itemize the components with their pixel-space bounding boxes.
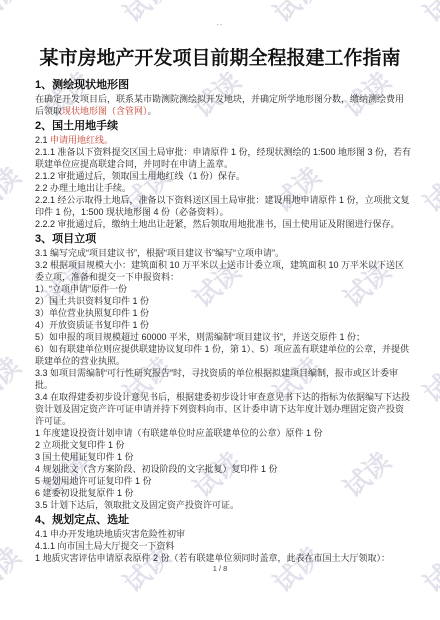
paragraph: 4.1 申办开发地块地质灾害危险性初审 <box>35 528 412 540</box>
text-run: 5）如申报的项目规模超过 60000 平米，则需编制“项目建议书”，并送交原件 … <box>35 332 365 342</box>
section-heading: 2、国土用地手续 <box>35 119 412 134</box>
paragraph: 5 规划用地许可证复印件 1 份 <box>35 475 412 487</box>
watermark-text: 试读 <box>0 347 28 409</box>
document-page: 试读试读试读试读试读试读试读试读试读试读试读试读试读试读试读试读试读试读试读试读… <box>0 0 440 620</box>
text-run: 2）国土共识资料复印件 1 份 <box>35 296 149 306</box>
text-run: 2 立项批文复印件 1 份 <box>35 440 125 450</box>
text-run: 4.1.1 向市国土局大厅提交一下资料 <box>35 541 175 551</box>
paragraph: 2.2.1 经公示取得土地后，准备以下资料送区国土局审批：建设用地申请原件 1 … <box>35 194 412 218</box>
section-heading: 4、规划定点、选址 <box>35 513 412 528</box>
paragraph: 3.3 如项目需编制“可行性研究报告”时，寻找资质的单位根据拟建项目编制，报市或… <box>35 367 412 391</box>
text-run: 2.2.2 审批通过后，缴纳土地出让赶紧，然后领取用地批准书，国土使用证及附图进… <box>35 219 400 229</box>
text-run: 3.5 计划下达后，领取批文及固定资产投资许可证。 <box>35 500 239 510</box>
text-run: 5 规划用地许可证复印件 1 份 <box>35 476 152 486</box>
text-run: 1 地质灾害评估申请原表原件 2 份（若有联建单位须同时盖章，此表在市国土大厅领… <box>35 553 390 563</box>
paragraph: 3）单位营业执照复印件 1 份 <box>35 307 412 319</box>
paragraph: 4 规划批文（含方案阶段、初设阶段的文字批复）复印件 1 份 <box>35 463 412 475</box>
text-run: 2.1.1 准备以下资料提交区国土局审批：申请原件 1 份，经现状测绘的 1:5… <box>35 147 411 169</box>
text-run: 3.3 如项目需编制“可行性研究报告”时，寻找资质的单位根据拟建项目编制，报市或… <box>35 368 398 390</box>
paragraph: 2）国土共识资料复印件 1 份 <box>35 295 412 307</box>
paragraph: 2.1.2 审批通过后，领取国土用地红线（1 份）保存。 <box>35 170 412 182</box>
text-run: 2.1.2 审批通过后，领取国土用地红线（1 份）保存。 <box>35 171 245 181</box>
paragraph: 2.2.2 审批通过后，缴纳土地出让赶紧，然后领取用地批准书，国土使用证及附图进… <box>35 218 412 230</box>
text-run: 3 国土使用证复印件 1 份 <box>35 452 134 462</box>
text-run: 4 规划批文（含方案阶段、初设阶段的文字批复）复印件 1 份 <box>35 464 278 474</box>
page-number: 1 / 8 <box>0 564 440 573</box>
text-run: 4.1 申办开发地块地质灾害危险性初审 <box>35 529 185 539</box>
paragraph: 1）“立项申请”原件一份 <box>35 283 412 295</box>
text-run: 2.2 办理土地出让手续。 <box>35 183 131 193</box>
watermark-text: 试读 <box>414 157 440 219</box>
text-run: 6 建委初设批复原件 1 份 <box>35 488 134 498</box>
paragraph: 6）如有联建单位则应提供联建协议复印件 1 份，第 1）、5）项应盖有联建单位的… <box>35 343 412 367</box>
paragraph: 1 年度建设投资计划申请（有联建单位时应盖联建单位的公章）原件 1 份 <box>35 427 412 439</box>
paragraph: 2 立项批文复印件 1 份 <box>35 439 412 451</box>
page-title: 某市房地产开发项目前期全程报建工作指南 <box>20 46 420 71</box>
paragraph: 3 国土使用证复印件 1 份 <box>35 451 412 463</box>
text-run: 3）单位营业执照复印件 1 份 <box>35 308 149 318</box>
text-run: 3.1 编写完成“项目建议书”，根据“项目建议书”编写“立项申请”。 <box>35 248 284 258</box>
paragraph: 5）如申报的项目规模超过 60000 平米，则需编制“项目建议书”，并送交原件 … <box>35 331 412 343</box>
paragraph: 6 建委初设批复原件 1 份 <box>35 487 412 499</box>
paragraph: 2.1.1 准备以下资料提交区国土局审批：申请原件 1 份，经现状测绘的 1:5… <box>35 146 412 170</box>
text-run: 4）开放资质证书复印件 1 份 <box>35 320 149 330</box>
paragraph: 2.1 申请用地红线。 <box>35 134 412 146</box>
watermark-text: 试读 <box>0 157 28 219</box>
paragraph: 4）开放资质证书复印件 1 份 <box>35 319 412 331</box>
document-body: 1、测绘现状地形图在确定开发项目后，联系某市勘测院测绘拟开发地块，并确定所学地形… <box>35 78 412 564</box>
text-run: 2.1 <box>35 135 50 145</box>
paragraph: 在确定开发项目后，联系某市勘测院测绘拟开发地块，并确定所学地形图分数，缴纳测绘费… <box>35 93 412 117</box>
text-run: 1）“立项申请”原件一份 <box>35 284 127 294</box>
section-heading: 1、测绘现状地形图 <box>35 78 412 93</box>
red-text-run: 现状地形图（含管网） <box>62 106 148 116</box>
paragraph: 3.2 根据项目规模大小：建筑面积 10 万平米以上送市计委立项，建筑面积 10… <box>35 259 412 283</box>
paragraph: 4.1.1 向市国土局大厅提交一下资料 <box>35 540 412 552</box>
text-run: 3.4 在取得建委初步设计意见书后，根据建委初步设计审查意见书下达的指标为依据编… <box>35 392 410 426</box>
text-run: 6）如有联建单位则应提供联建协议复印件 1 份，第 1）、5）项应盖有联建单位的… <box>35 344 409 366</box>
text-run: 2.2.1 经公示取得土地后，准备以下资料送区国土局审批：建设用地申请原件 1 … <box>35 195 410 217</box>
paragraph: 3.5 计划下达后，领取批文及固定资产投资许可证。 <box>35 499 412 511</box>
text-run: 。 <box>148 106 157 116</box>
text-run: 3.2 根据项目规模大小：建筑面积 10 万平米以上送市计委立项，建筑面积 10… <box>35 260 404 282</box>
paragraph: 3.1 编写完成“项目建议书”，根据“项目建议书”编写“立项申请”。 <box>35 247 412 259</box>
text-run: 1 年度建设投资计划申请（有联建单位时应盖联建单位的公章）原件 1 份 <box>35 428 323 438</box>
paragraph: 2.2 办理土地出让手续。 <box>35 182 412 194</box>
section-heading: 3、项目立项 <box>35 232 412 247</box>
paragraph: 1 地质灾害评估申请原表原件 2 份（若有联建单位须同时盖章，此表在市国土大厅领… <box>35 552 412 564</box>
paragraph: 3.4 在取得建委初步设计意见书后，根据建委初步设计审查意见书下达的指标为依据编… <box>35 391 412 427</box>
watermark-text: 试读 <box>414 347 440 409</box>
page-header-mark: -- <box>0 22 440 29</box>
red-text-run: 申请用地红线。 <box>50 135 113 145</box>
